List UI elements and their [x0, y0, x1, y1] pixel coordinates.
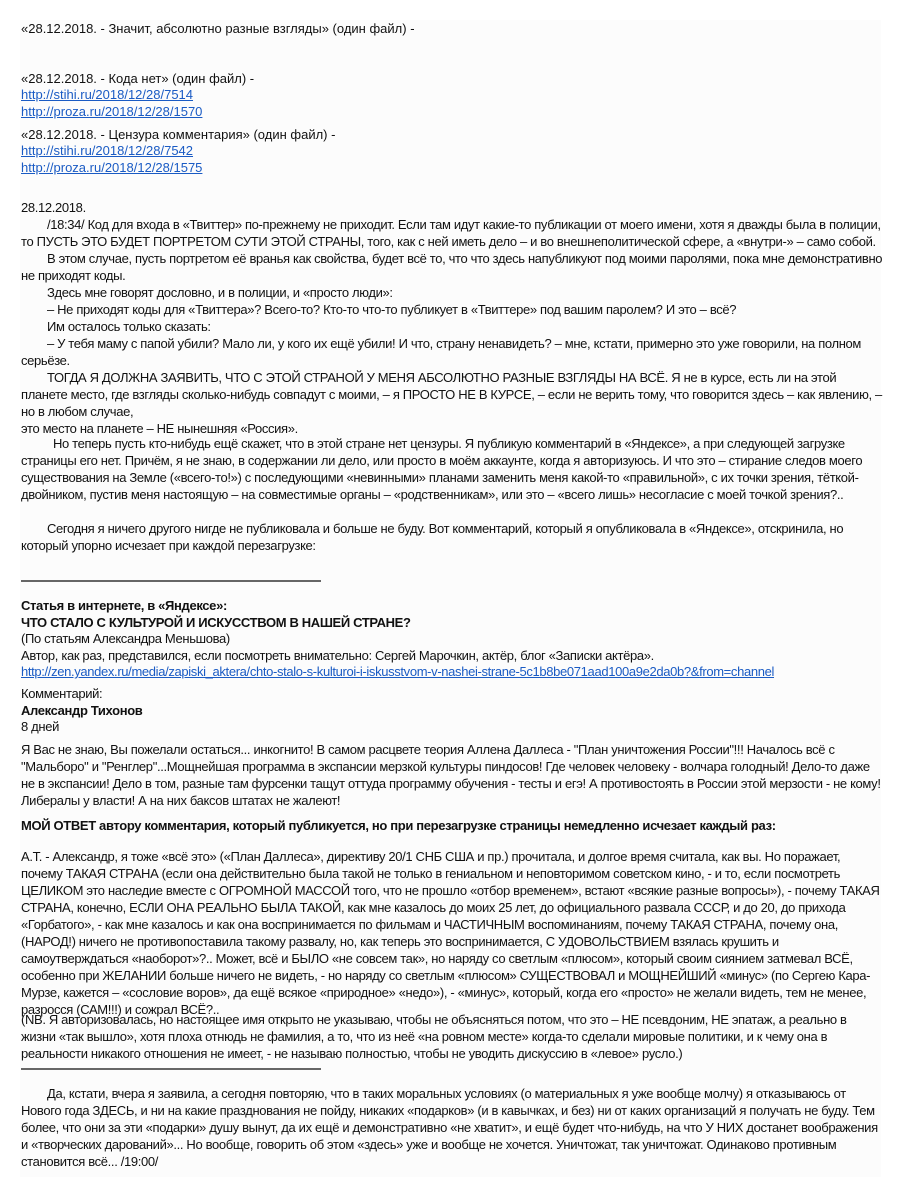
entry-paragraph: /18:34/ Код для входа в «Твиттер» по-пре… — [21, 216, 883, 250]
article-author-note: Автор, как раз, представился, если посмо… — [21, 648, 883, 665]
paragraph-text: Сегодня я ничего другого нигде не публик… — [21, 520, 883, 554]
file-entry: «28.12.2018. - Цензура комментария» (оди… — [21, 127, 883, 176]
horizontal-rule — [21, 1068, 321, 1070]
entry-date: 28.12.2018. — [21, 199, 883, 216]
reply-text: А.Т. - Александр, я тоже «всё это» («Пла… — [21, 848, 883, 1018]
divider — [21, 580, 883, 582]
reply-heading: МОЙ ОТВЕТ автору комментария, который пу… — [21, 818, 776, 833]
stihi-link[interactable]: http://stihi.ru/2018/12/28/7542 — [21, 143, 883, 159]
paragraph-text: Но теперь пусть кто-нибудь ещё скажет, ч… — [21, 435, 883, 503]
file-list: «28.12.2018. - Значит, абсолютно разные … — [21, 21, 883, 37]
comment-label: Комментарий: — [21, 686, 883, 703]
entry-paragraph: ТОГДА Я ДОЛЖНА ЗАЯВИТЬ, ЧТО С ЭТОЙ СТРАН… — [21, 369, 883, 420]
file-title: «28.12.2018. - Цензура комментария» (оди… — [21, 127, 883, 143]
diary-entry: 28.12.2018. /18:34/ Код для входа в «Тви… — [21, 199, 883, 437]
comment-body: Я Вас не знаю, Вы пожелали остаться... и… — [21, 741, 883, 809]
divider — [21, 1068, 883, 1070]
comment-text: Я Вас не знаю, Вы пожелали остаться... и… — [21, 741, 883, 809]
nb-note: (NB. Я авторизовалась, но настоящее имя … — [21, 1011, 883, 1062]
file-title: «28.12.2018. - Значит, абсолютно разные … — [21, 21, 883, 37]
article-title: ЧТО СТАЛО С КУЛЬТУРОЙ И ИСКУССТВОМ В НАШ… — [21, 615, 411, 630]
entry-paragraph: Здесь мне говорят дословно, и в полиции,… — [21, 284, 883, 301]
entry-paragraph: – Не приходят коды для «Твиттера»? Всего… — [21, 301, 883, 318]
closing-paragraph: Да, кстати, вчера я заявила, а сегодня п… — [21, 1085, 883, 1170]
comment: Комментарий: Александр Тихонов 8 дней — [21, 686, 883, 736]
comment-author: Александр Тихонов — [21, 703, 142, 718]
reply: МОЙ ОТВЕТ автору комментария, который пу… — [21, 818, 883, 834]
closing-text: Да, кстати, вчера я заявила, а сегодня п… — [21, 1085, 883, 1170]
article-subtitle: (По статьям Александра Меньшова) — [21, 631, 883, 648]
stihi-link[interactable]: http://stihi.ru/2018/12/28/7514 — [21, 87, 883, 103]
article-link[interactable]: http://zen.yandex.ru/media/zapiski_akter… — [21, 664, 883, 681]
comment-age: 8 дней — [21, 719, 883, 736]
proza-link[interactable]: http://proza.ru/2018/12/28/1575 — [21, 160, 883, 176]
today-paragraph: Сегодня я ничего другого нигде не публик… — [21, 520, 883, 554]
nb-text: (NB. Я авторизовалась, но настоящее имя … — [21, 1011, 883, 1062]
file-entry: «28.12.2018. - Кода нет» (один файл) - h… — [21, 71, 883, 120]
horizontal-rule — [21, 580, 321, 582]
article-info: Статья в интернете, в «Яндексе»: ЧТО СТА… — [21, 598, 883, 681]
entry-paragraph: В этом случае, пусть портретом её вранья… — [21, 250, 883, 284]
censorship-paragraph: Но теперь пусть кто-нибудь ещё скажет, ч… — [21, 435, 883, 503]
proza-link[interactable]: http://proza.ru/2018/12/28/1570 — [21, 104, 883, 120]
article-label: Статья в интернете, в «Яндексе»: — [21, 598, 227, 613]
entry-paragraph: Им осталось только сказать: — [21, 318, 883, 335]
file-title: «28.12.2018. - Кода нет» (один файл) - — [21, 71, 883, 87]
reply-body: А.Т. - Александр, я тоже «всё это» («Пла… — [21, 848, 883, 1018]
entry-paragraph: – У тебя маму с папой убили? Мало ли, у … — [21, 335, 883, 369]
